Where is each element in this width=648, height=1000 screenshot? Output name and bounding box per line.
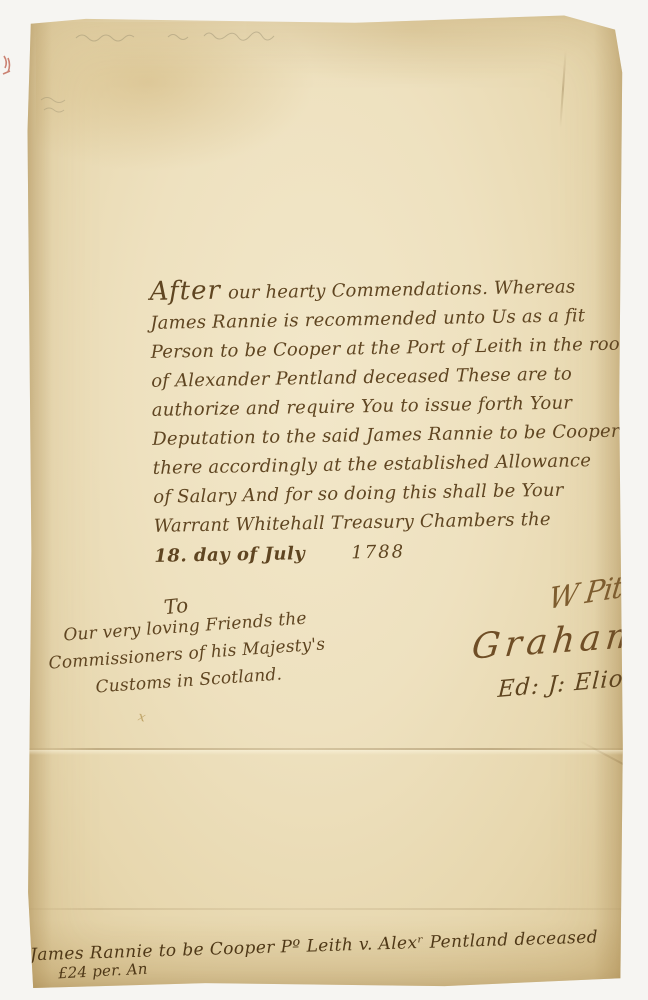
- date-year: 1788: [351, 541, 405, 563]
- docket-salary: £24 per. An: [58, 960, 148, 983]
- faint-pencil-scribble: [38, 92, 78, 118]
- signature-eliot: Ed: J: Eliot: [474, 665, 635, 705]
- date-day-month: 18. day of July: [154, 543, 305, 567]
- paper-stain-top: [246, 14, 586, 84]
- docket-summary: James Rannie to be Cooper Pº Leith v. Al…: [30, 927, 620, 966]
- paper-shadow-right: [594, 14, 624, 990]
- faint-fold-crease: [26, 908, 624, 910]
- horizontal-fold-crease: [26, 748, 624, 750]
- signature-graham: Graham: [452, 615, 646, 669]
- manuscript-paper: Afterour hearty Commendations. Whereas J…: [26, 14, 624, 990]
- document-photo: Afterour hearty Commendations. Whereas J…: [0, 0, 648, 1000]
- vertical-crease: [559, 50, 566, 128]
- address-block: Our very loving Friends the Commissioner…: [40, 604, 335, 705]
- letter-body: Afterour hearty Commendations. Whereas J…: [149, 270, 594, 571]
- stray-pen-mark: x: [137, 709, 148, 725]
- docket-pencil-number: 59: [17, 963, 34, 979]
- red-accession-mark: [1, 52, 13, 82]
- opening-word: After: [149, 276, 221, 307]
- diagonal-crease: [577, 739, 634, 771]
- faint-pencil-inscription: [72, 26, 312, 48]
- paper-shadow-left: [26, 14, 52, 990]
- body-line-text: our hearty Commendations. Whereas: [228, 276, 576, 303]
